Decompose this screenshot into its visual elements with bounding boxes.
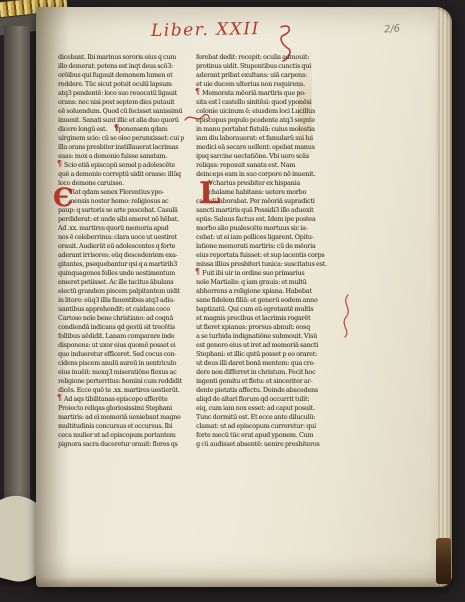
book-photo: Liber. XXII 2/6 dicebant. Ibi marinus so… — [0, 0, 465, 602]
text-column-right: ferebat dedit: recepit: oculis admouit: … — [196, 53, 355, 453]
facing-page-edge — [4, 26, 30, 512]
book-page: Liber. XXII 2/6 dicebant. Ibi marinus so… — [36, 7, 452, 587]
text-column-left: dicebant. Ibi marinus sororis eius q cum… — [58, 53, 195, 453]
fore-edge — [436, 7, 452, 587]
foliation-number: 2/6 — [384, 23, 401, 35]
chapter-heading: Liber. XXII — [151, 19, 260, 41]
leather-tab — [436, 538, 451, 584]
bottom-edge-shadow — [36, 577, 452, 587]
